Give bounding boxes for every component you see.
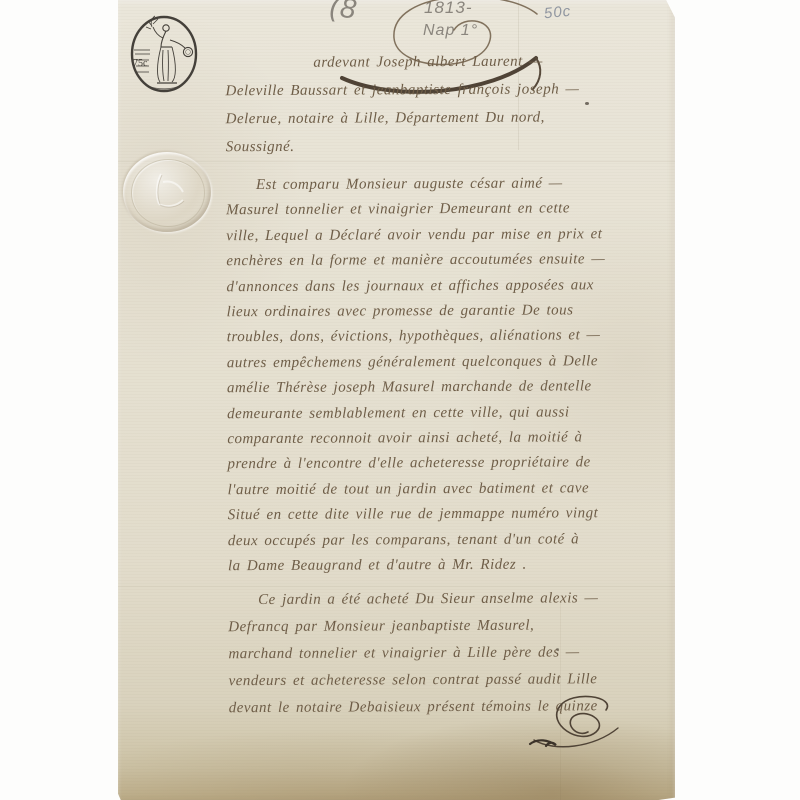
manuscript-line: Soussigné.: [226, 131, 684, 161]
manuscript-line: d'annonces dans les journaux et affiches…: [226, 272, 684, 300]
embossed-seal: [123, 152, 211, 232]
manuscript-line: comparante reconnoit avoir ainsi acheté,…: [227, 425, 685, 453]
manuscript-line: deux occupés par les comparans, tenant d…: [228, 526, 686, 554]
manuscript-line: Est comparu Monsieur auguste césar aimé …: [226, 171, 684, 199]
tax-stamp-engraving: 75c: [130, 14, 198, 94]
paragraph-body: Est comparu Monsieur auguste césar aimé …: [226, 171, 686, 580]
ink-speck: [556, 648, 559, 651]
manuscript-line: troubles, dons, évictions, hypothèques, …: [227, 323, 685, 351]
paragraph-preamble: ardevant Joseph albert Laurent — Delevil…: [225, 47, 684, 161]
manuscript-line: Delerue, notaire à Lille, Département Du…: [226, 103, 684, 133]
manuscript-line: Masurel tonnelier et vinaigrier Demeuran…: [226, 196, 684, 224]
scanned-document-canvas: 75c (8 1813- Nap 1° 50c ardevant Joseph …: [0, 0, 800, 800]
tax-stamp: 75c: [130, 14, 198, 94]
manuscript-line: ardevant Joseph albert Laurent —: [225, 47, 683, 77]
manuscript-line: marchand tonnelier et vinaigrier à Lille…: [228, 639, 686, 668]
manuscript-line: la Dame Beaugrand et d'autre à Mr. Ridez…: [228, 552, 686, 580]
manuscript-line: autres empêchemens généralement quelconq…: [227, 349, 685, 377]
manuscript-line: prendre à l'encontre d'elle acheteresse …: [227, 450, 685, 478]
manuscript-line: Deleville Baussart et jeanbaptiste franç…: [225, 75, 683, 105]
manuscript-line: vendeurs et acheteresse selon contrat pa…: [228, 666, 686, 695]
manuscript-line: ville, Lequel a Déclaré avoir vendu par …: [226, 222, 684, 250]
embossed-seal-relief: [123, 152, 211, 232]
tax-stamp-value: 75c: [133, 58, 148, 69]
manuscript-paper-sheet: 75c (8 1813- Nap 1° 50c ardevant Joseph …: [118, 0, 675, 800]
notary-paraph-flourish: [528, 694, 624, 752]
manuscript-line: demeurante semblablement en cette ville,…: [227, 399, 685, 427]
manuscript-line: lieux ordinaires avec promesse de garant…: [227, 298, 685, 326]
manuscript-line: Situé en cette dite ville rue de jemmapp…: [228, 501, 686, 529]
manuscript-line: enchères en la forme et manière accoutum…: [226, 247, 684, 275]
manuscript-line: Defrancq par Monsieur jeanbaptiste Masur…: [228, 612, 686, 641]
manuscript-line: l'autre moitié de tout un jardin avec ba…: [228, 476, 686, 504]
manuscript-line: amélie Thérèse joseph Masurel marchande …: [227, 374, 685, 402]
ink-speck: [585, 102, 589, 105]
manuscript-line: Ce jardin a été acheté Du Sieur anselme …: [228, 585, 686, 614]
